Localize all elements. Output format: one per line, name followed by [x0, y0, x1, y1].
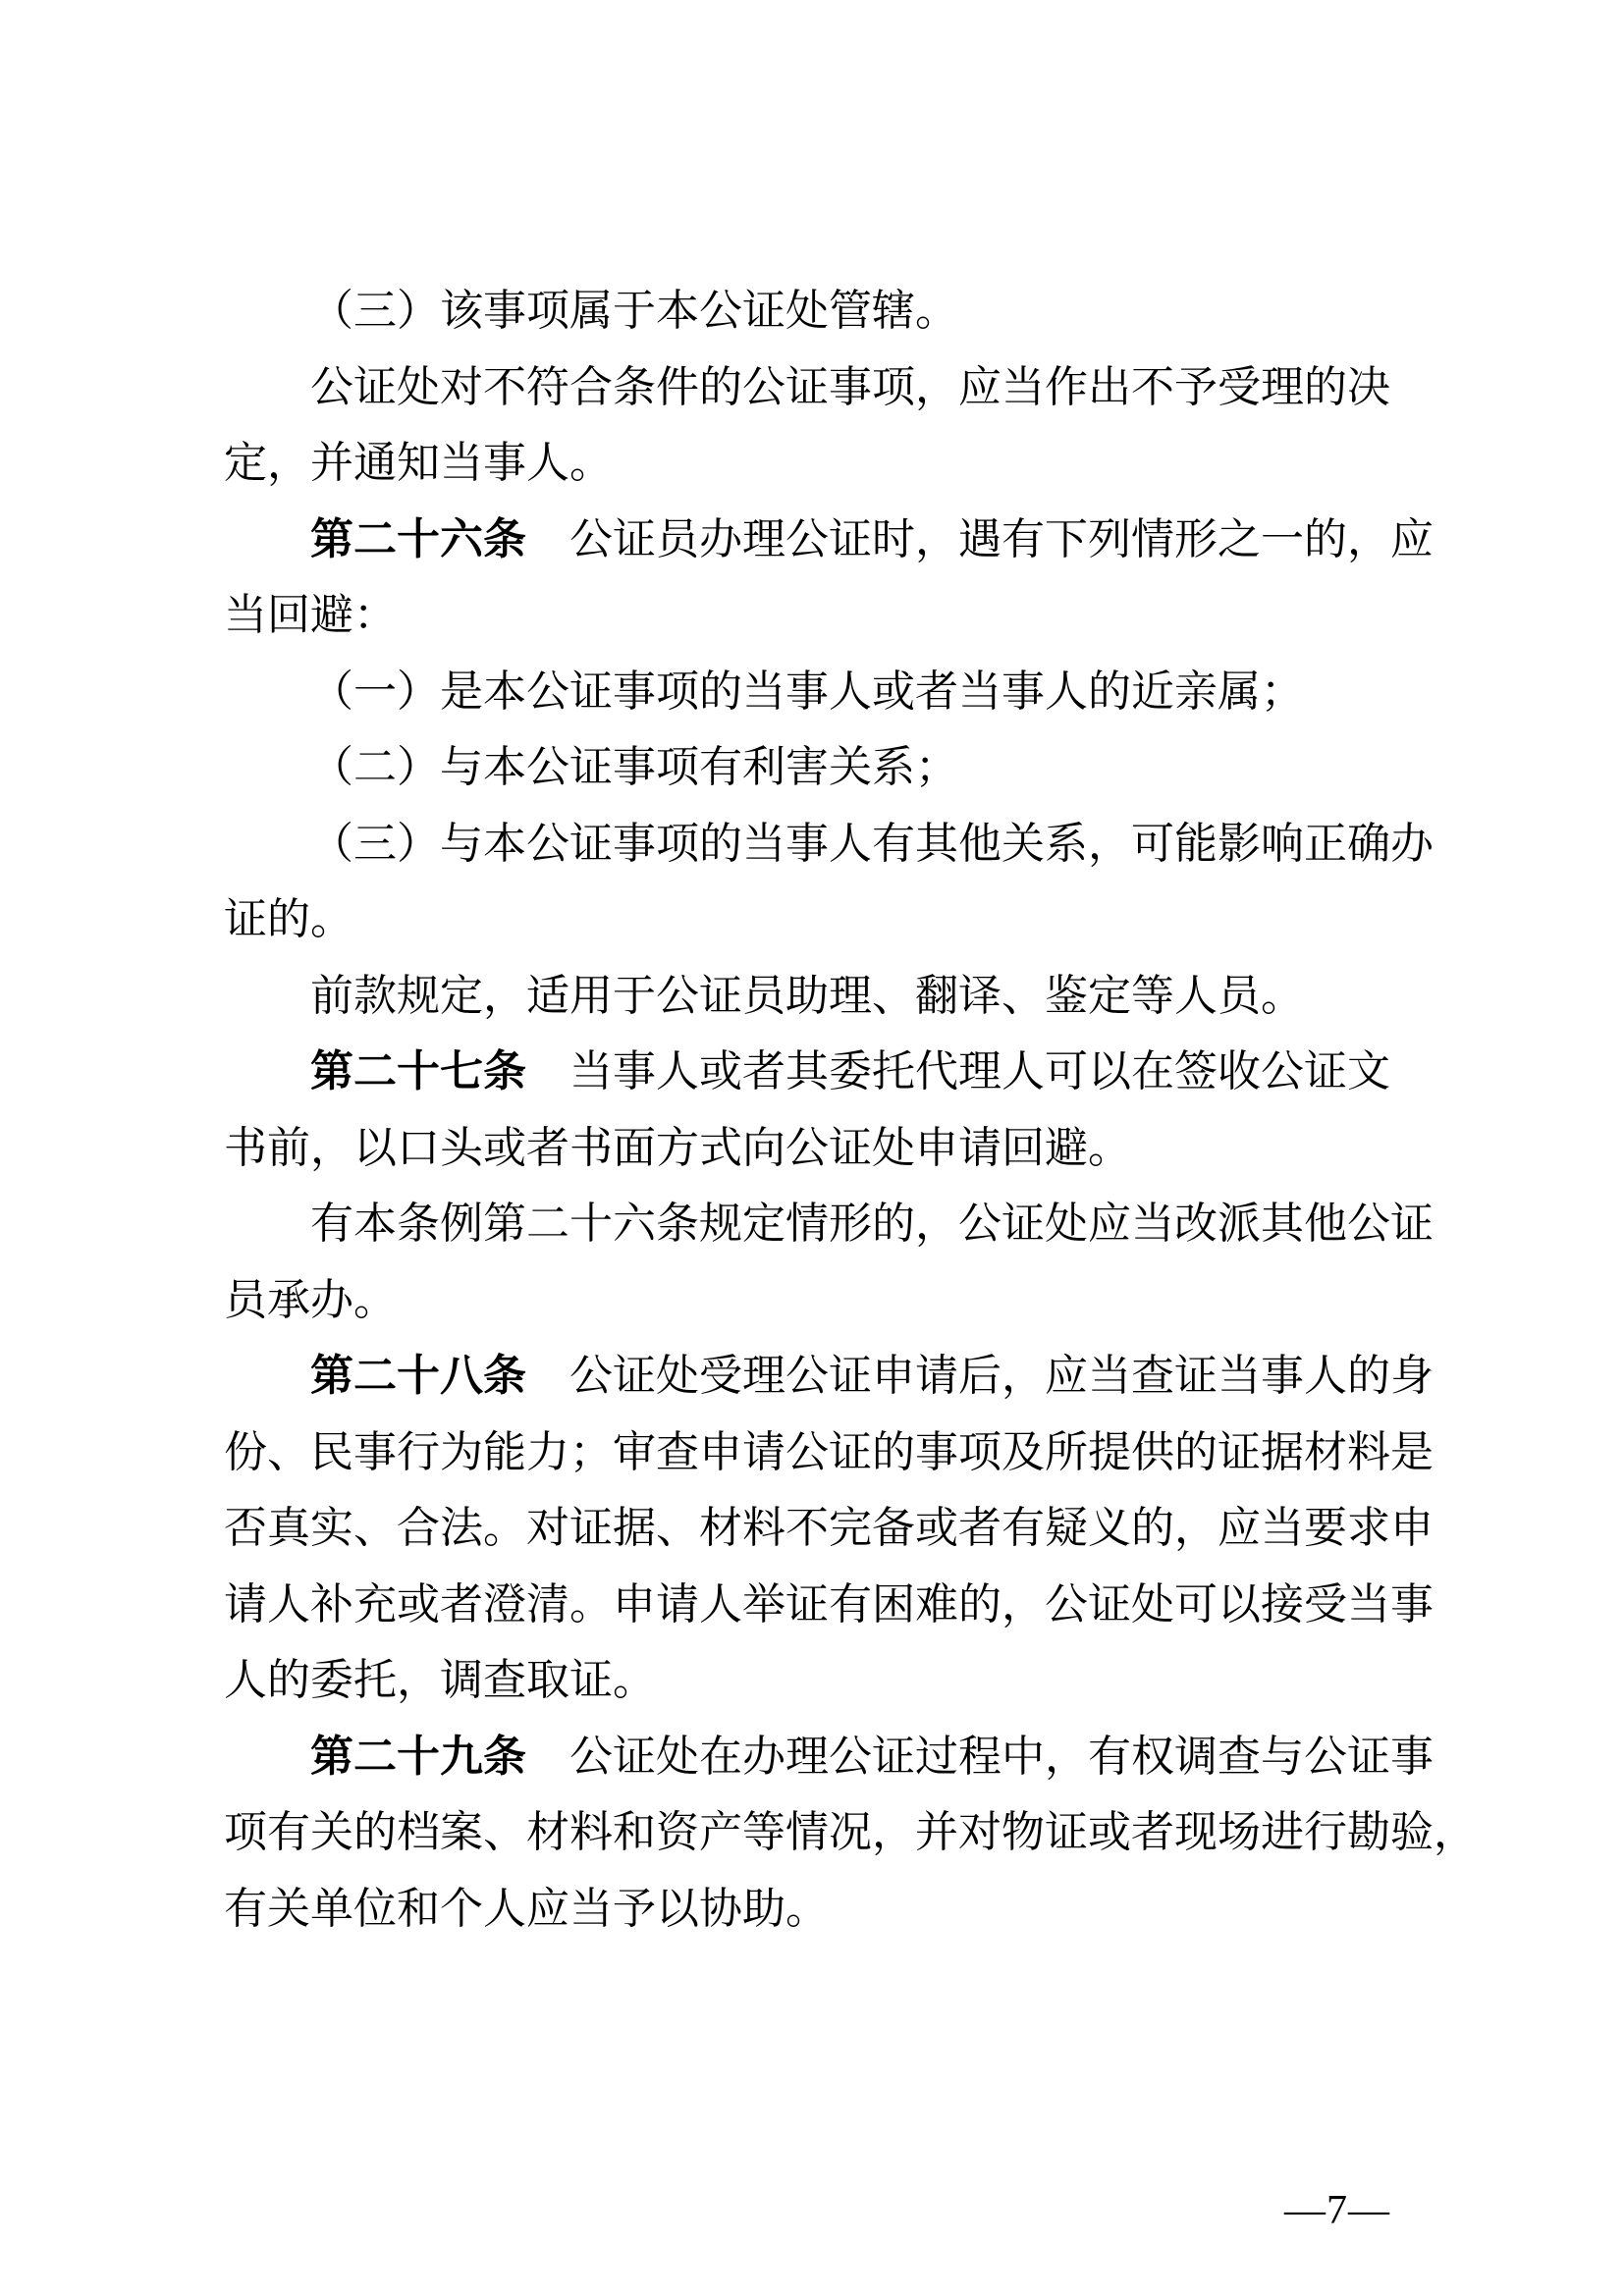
text-segment: （三）该事项属于本公证处管辖。 — [310, 287, 958, 335]
document-page: （三）该事项属于本公证处管辖。公证处对不符合条件的公证事项，应当作出不予受理的决… — [0, 0, 1624, 2296]
text-segment: 定，并通知当事人。 — [224, 439, 613, 487]
document-line: 第二十八条 公证处受理公证申请后，应当查证当事人的身 — [224, 1338, 1540, 1415]
document-line: 份、民事行为能力；审查申请公证的事项及所提供的证据材料是 — [224, 1415, 1540, 1491]
document-line: 有关单位和个人应当予以协助。 — [224, 1871, 1540, 1948]
text-segment: 请人补充或者澄清。申请人举证有困难的，公证处可以接受当事 — [224, 1580, 1434, 1629]
text-segment: 公证员办理公证时，遇有下列情形之一的，应 — [526, 515, 1434, 563]
document-line: 请人补充或者澄清。申请人举证有困难的，公证处可以接受当事 — [224, 1567, 1540, 1643]
text-segment: 有关单位和个人应当予以协助。 — [224, 1885, 829, 1933]
text-segment: 人的委托，调查取证。 — [224, 1656, 656, 1704]
text-segment: 份、民事行为能力；审查申请公证的事项及所提供的证据材料是 — [224, 1428, 1434, 1476]
document-line: 公证处对不符合条件的公证事项，应当作出不予受理的决 — [224, 349, 1540, 426]
text-segment: 公证处受理公证申请后，应当查证当事人的身 — [526, 1352, 1434, 1400]
document-line: （三）与本公证事项的当事人有其他关系，可能影响正确办 — [224, 806, 1540, 882]
text-segment: 有本条例第二十六条规定情形的，公证处应当改派其他公证 — [310, 1200, 1434, 1248]
document-line: 书前，以口头或者书面方式向公证处申请回避。 — [224, 1110, 1540, 1187]
document-line: （一）是本公证事项的当事人或者当事人的近亲属； — [224, 654, 1540, 730]
document-line: 第二十九条 公证处在办理公证过程中，有权调查与公证事 — [224, 1719, 1540, 1795]
text-segment: 书前，以口头或者书面方式向公证处申请回避。 — [224, 1124, 1131, 1172]
text-segment: 否真实、合法。对证据、材料不完备或者有疑义的，应当要求申 — [224, 1504, 1434, 1552]
document-line: （二）与本公证事项有利害关系； — [224, 729, 1540, 806]
text-segment: 当回避： — [224, 591, 397, 639]
article-number: 第二十六条 — [310, 515, 526, 563]
document-line: 第二十七条 当事人或者其委托代理人可以在签收公证文 — [224, 1034, 1540, 1110]
article-number: 第二十七条 — [310, 1047, 526, 1095]
text-segment: 证的。 — [224, 895, 353, 943]
article-number: 第二十九条 — [310, 1733, 526, 1781]
document-line: 员承办。 — [224, 1262, 1540, 1339]
document-line: 人的委托，调查取证。 — [224, 1642, 1540, 1719]
page-number: —7— — [1284, 2185, 1390, 2236]
text-segment: 项有关的档案、材料和资产等情况，并对物证或者现场进行勘验， — [224, 1808, 1477, 1856]
document-line: 有本条例第二十六条规定情形的，公证处应当改派其他公证 — [224, 1186, 1540, 1262]
text-segment: 当事人或者其委托代理人可以在签收公证文 — [526, 1047, 1390, 1095]
document-line: 第二十六条 公证员办理公证时，遇有下列情形之一的，应 — [224, 502, 1540, 578]
text-segment: 公证处在办理公证过程中，有权调查与公证事 — [526, 1733, 1434, 1781]
document-line: 否真实、合法。对证据、材料不完备或者有疑义的，应当要求申 — [224, 1490, 1540, 1567]
document-line: 证的。 — [224, 881, 1540, 958]
document-line: 前款规定，适用于公证员助理、翻译、鉴定等人员。 — [224, 958, 1540, 1035]
text-segment: 前款规定，适用于公证员助理、翻译、鉴定等人员。 — [310, 972, 1304, 1020]
text-segment: 公证处对不符合条件的公证事项，应当作出不予受理的决 — [310, 363, 1390, 411]
document-line: 定，并通知当事人。 — [224, 425, 1540, 502]
text-segment: （三）与本公证事项的当事人有其他关系，可能影响正确办 — [310, 820, 1434, 868]
document-body: （三）该事项属于本公证处管辖。公证处对不符合条件的公证事项，应当作出不予受理的决… — [224, 273, 1540, 1947]
text-segment: （二）与本公证事项有利害关系； — [310, 743, 958, 791]
document-line: 当回避： — [224, 577, 1540, 654]
document-line: 项有关的档案、材料和资产等情况，并对物证或者现场进行勘验， — [224, 1794, 1540, 1871]
document-line: （三）该事项属于本公证处管辖。 — [224, 273, 1540, 349]
article-number: 第二十八条 — [310, 1352, 526, 1400]
text-segment: 员承办。 — [224, 1276, 397, 1324]
text-segment: （一）是本公证事项的当事人或者当事人的近亲属； — [310, 667, 1304, 716]
